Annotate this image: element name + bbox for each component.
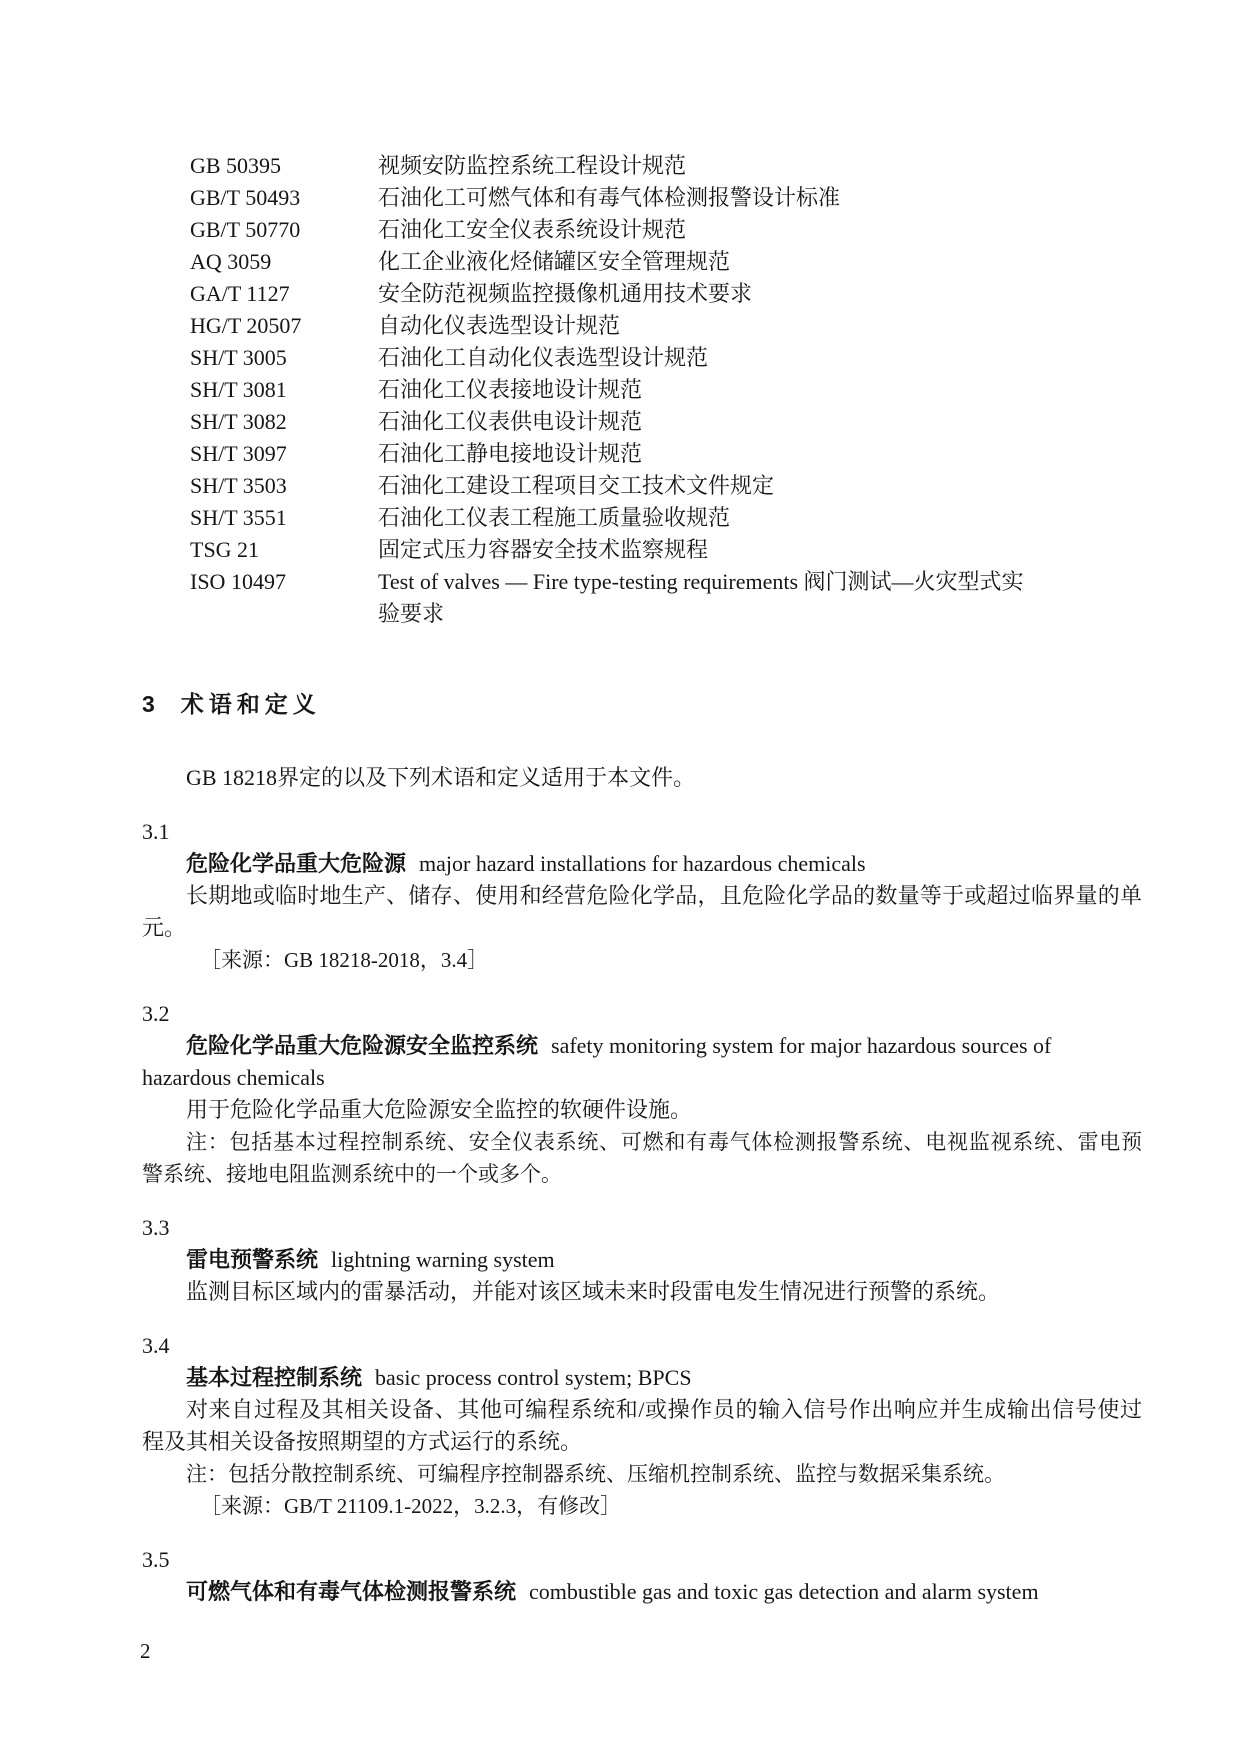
definition-line: 元。 <box>142 912 1142 944</box>
reference-title: 固定式压力容器安全技术监察规程 <box>378 534 1142 566</box>
reference-title: 自动化仪表选型设计规范 <box>378 310 1142 342</box>
term-zh: 可燃气体和有毒气体检测报警系统 <box>186 1579 516 1604</box>
page-number: 2 <box>140 1636 151 1666</box>
reference-code: AQ 3059 <box>190 246 378 278</box>
source-line: ［来源：GB 18218-2018，3.4］ <box>142 944 1142 976</box>
definition-line: 用于危险化学品重大危险源安全监控的软硬件设施。 <box>142 1094 1142 1126</box>
reference-title: 石油化工仪表接地设计规范 <box>378 374 1142 406</box>
term-title: 基本过程控制系统basic process control system; BP… <box>142 1362 1142 1394</box>
reference-row: GA/T 1127 安全防范视频监控摄像机通用技术要求 <box>142 278 1142 310</box>
term-id: 3.2 <box>142 998 1142 1030</box>
reference-row: SH/T 3097 石油化工静电接地设计规范 <box>142 438 1142 470</box>
reference-row: TSG 21 固定式压力容器安全技术监察规程 <box>142 534 1142 566</box>
reference-row: SH/T 3005 石油化工自动化仪表选型设计规范 <box>142 342 1142 374</box>
reference-title: 化工企业液化烃储罐区安全管理规范 <box>378 246 1142 278</box>
section-title: 术语和定义 <box>181 691 321 717</box>
definition-line: 长期地或临时地生产、储存、使用和经营危险化学品，且危险化学品的数量等于或超过临界… <box>142 880 1142 912</box>
reference-code: SH/T 3005 <box>190 342 378 374</box>
reference-title: 石油化工可燃气体和有毒气体检测报警设计标准 <box>378 182 1142 214</box>
reference-row: SH/T 3081 石油化工仪表接地设计规范 <box>142 374 1142 406</box>
reference-code: SH/T 3097 <box>190 438 378 470</box>
term-zh: 雷电预警系统 <box>186 1247 318 1272</box>
reference-title: 石油化工建设工程项目交工技术文件规定 <box>378 470 1142 502</box>
term-en-continuation: hazardous chemicals <box>142 1062 1142 1094</box>
reference-title: 视频安防监控系统工程设计规范 <box>378 150 1142 182</box>
reference-title: Test of valves — Fire type-testing requi… <box>378 566 1142 598</box>
term-block-3-2: 3.2 危险化学品重大危险源安全监控系统safety monitoring sy… <box>142 998 1142 1190</box>
term-en: safety monitoring system for major hazar… <box>551 1033 1051 1058</box>
term-en: lightning warning system <box>331 1247 555 1272</box>
term-zh: 基本过程控制系统 <box>186 1365 362 1390</box>
reference-row: SH/T 3551 石油化工仪表工程施工质量验收规范 <box>142 502 1142 534</box>
reference-row: SH/T 3082 石油化工仪表供电设计规范 <box>142 406 1142 438</box>
reference-code: GB 50395 <box>190 150 378 182</box>
reference-code: SH/T 3503 <box>190 470 378 502</box>
note-line: 注：包括基本过程控制系统、安全仪表系统、可燃和有毒气体检测报警系统、电视监视系统… <box>142 1126 1142 1158</box>
reference-code: TSG 21 <box>190 534 378 566</box>
term-en: basic process control system; BPCS <box>375 1365 692 1390</box>
term-zh: 危险化学品重大危险源安全监控系统 <box>186 1033 538 1058</box>
reference-title: 石油化工自动化仪表选型设计规范 <box>378 342 1142 374</box>
definition-line: 对来自过程及其相关设备、其他可编程系统和/或操作员的输入信号作出响应并生成输出信… <box>142 1394 1142 1426</box>
note-line: 警系统、接地电阻监测系统中的一个或多个。 <box>142 1158 1142 1190</box>
definition-line: 程及其相关设备按照期望的方式运行的系统。 <box>142 1426 1142 1458</box>
term-id: 3.3 <box>142 1212 1142 1244</box>
reference-code: ISO 10497 <box>190 566 378 598</box>
document-page: GB 50395 视频安防监控系统工程设计规范 GB/T 50493 石油化工可… <box>0 0 1240 1754</box>
reference-title: 石油化工仪表工程施工质量验收规范 <box>378 502 1142 534</box>
term-block-3-3: 3.3 雷电预警系统lightning warning system 监测目标区… <box>142 1212 1142 1308</box>
reference-title-continuation: 验要求 <box>142 598 1142 630</box>
term-title: 危险化学品重大危险源安全监控系统safety monitoring system… <box>142 1030 1142 1062</box>
reference-row: GB/T 50770 石油化工安全仪表系统设计规范 <box>142 214 1142 246</box>
term-block-3-5: 3.5 可燃气体和有毒气体检测报警系统combustible gas and t… <box>142 1544 1142 1608</box>
term-title: 危险化学品重大危险源major hazard installations for… <box>142 848 1142 880</box>
term-block-3-1: 3.1 危险化学品重大危险源major hazard installations… <box>142 816 1142 976</box>
section-number: 3 <box>142 691 155 717</box>
term-block-3-4: 3.4 基本过程控制系统basic process control system… <box>142 1330 1142 1522</box>
reference-code: GB/T 50493 <box>190 182 378 214</box>
term-en: major hazard installations for hazardous… <box>419 851 866 876</box>
definition-line: 监测目标区域内的雷暴活动，并能对该区域未来时段雷电发生情况进行预警的系统。 <box>142 1276 1142 1308</box>
reference-code: HG/T 20507 <box>190 310 378 342</box>
section-intro: GB 18218界定的以及下列术语和定义适用于本文件。 <box>142 762 1142 794</box>
term-title: 可燃气体和有毒气体检测报警系统combustible gas and toxic… <box>142 1576 1142 1608</box>
reference-code: SH/T 3082 <box>190 406 378 438</box>
reference-row: ISO 10497 Test of valves — Fire type-tes… <box>142 566 1142 598</box>
normative-references-list: GB 50395 视频安防监控系统工程设计规范 GB/T 50493 石油化工可… <box>142 150 1142 630</box>
reference-row: HG/T 20507 自动化仪表选型设计规范 <box>142 310 1142 342</box>
term-id: 3.1 <box>142 816 1142 848</box>
term-id: 3.5 <box>142 1544 1142 1576</box>
term-id: 3.4 <box>142 1330 1142 1362</box>
reference-title: 安全防范视频监控摄像机通用技术要求 <box>378 278 1142 310</box>
section-heading: 3术语和定义 <box>142 686 1142 722</box>
term-title: 雷电预警系统lightning warning system <box>142 1244 1142 1276</box>
reference-code: SH/T 3081 <box>190 374 378 406</box>
reference-row: AQ 3059 化工企业液化烃储罐区安全管理规范 <box>142 246 1142 278</box>
reference-row: GB/T 50493 石油化工可燃气体和有毒气体检测报警设计标准 <box>142 182 1142 214</box>
reference-title: 石油化工安全仪表系统设计规范 <box>378 214 1142 246</box>
reference-title: 石油化工仪表供电设计规范 <box>378 406 1142 438</box>
term-zh: 危险化学品重大危险源 <box>186 851 406 876</box>
reference-row: GB 50395 视频安防监控系统工程设计规范 <box>142 150 1142 182</box>
reference-code: GB/T 50770 <box>190 214 378 246</box>
note-line: 注：包括分散控制系统、可编程序控制器系统、压缩机控制系统、监控与数据采集系统。 <box>142 1458 1142 1490</box>
reference-row: SH/T 3503 石油化工建设工程项目交工技术文件规定 <box>142 470 1142 502</box>
reference-code: GA/T 1127 <box>190 278 378 310</box>
term-en: combustible gas and toxic gas detection … <box>529 1579 1039 1604</box>
source-line: ［来源：GB/T 21109.1-2022，3.2.3，有修改］ <box>142 1490 1142 1522</box>
reference-code: SH/T 3551 <box>190 502 378 534</box>
reference-title: 石油化工静电接地设计规范 <box>378 438 1142 470</box>
